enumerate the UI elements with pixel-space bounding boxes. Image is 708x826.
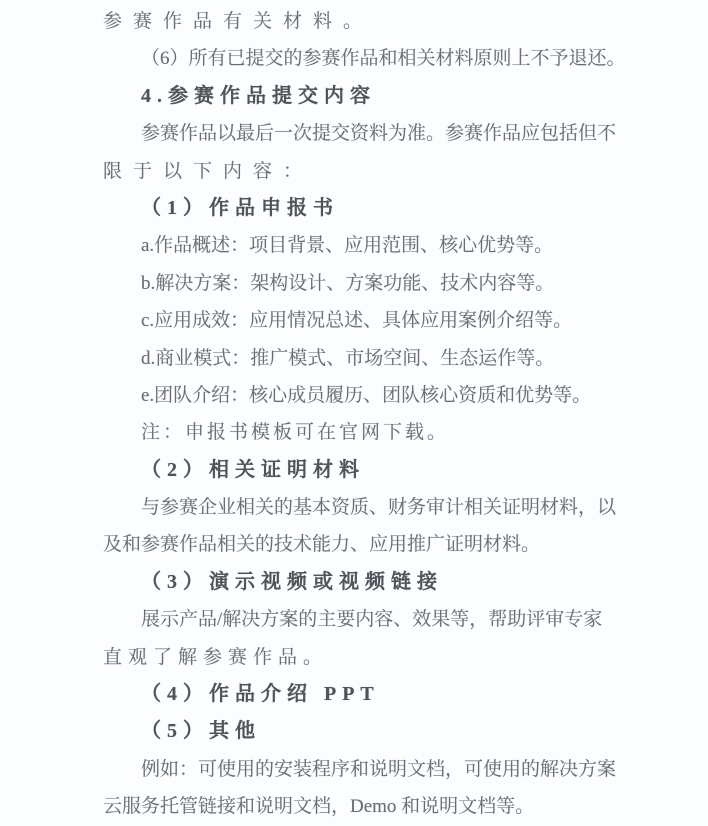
text-line: 及和参赛作品相关的技术能力、应用推广证明材料。 <box>103 526 615 563</box>
text-line: （3）演示视频或视频链接 <box>103 564 615 601</box>
text-line: 注：申报书模板可在官网下载。 <box>103 414 615 451</box>
text-line: （5）其他 <box>103 713 615 750</box>
document-page: 参赛作品有关材料。（6）所有已提交的参赛作品和相关材料原则上不予退还。4.参赛作… <box>0 0 708 826</box>
text-line: b.解决方案：架构设计、方案功能、技术内容等。 <box>103 265 615 302</box>
text-line: （4）作品介绍 PPT <box>103 676 615 713</box>
text-line: （6）所有已提交的参赛作品和相关材料原则上不予退还。 <box>103 40 615 77</box>
text-line: 直观了解参赛作品。 <box>103 639 615 676</box>
text-line: 4.参赛作品提交内容 <box>103 78 615 115</box>
text-line: 参赛作品以最后一次提交资料为准。参赛作品应包括但不 <box>103 115 615 152</box>
text-line: 例如：可使用的安装程序和说明文档，可使用的解决方案 <box>103 751 615 788</box>
text-line: a.作品概述：项目背景、应用范围、核心优势等。 <box>103 227 615 264</box>
text-line: （1）作品申报书 <box>103 190 615 227</box>
text-line: c.应用成效：应用情况总述、具体应用案例介绍等。 <box>103 302 615 339</box>
text-line: 展示产品/解决方案的主要内容、效果等，帮助评审专家 <box>103 601 615 638</box>
text-line: 云服务托管链接和说明文档，Demo 和说明文档等。 <box>103 788 615 825</box>
text-line: （2）相关证明材料 <box>103 452 615 489</box>
text-line: 与参赛企业相关的基本资质、财务审计相关证明材料，以 <box>103 489 615 526</box>
document-text-block: 参赛作品有关材料。（6）所有已提交的参赛作品和相关材料原则上不予退还。4.参赛作… <box>103 3 615 826</box>
text-line: d.商业模式：推广模式、市场空间、生态运作等。 <box>103 340 615 377</box>
text-line: 参赛作品有关材料。 <box>103 3 615 40</box>
text-line: e.团队介绍：核心成员履历、团队核心资质和优势等。 <box>103 377 615 414</box>
text-line: 限于以下内容： <box>103 153 615 190</box>
